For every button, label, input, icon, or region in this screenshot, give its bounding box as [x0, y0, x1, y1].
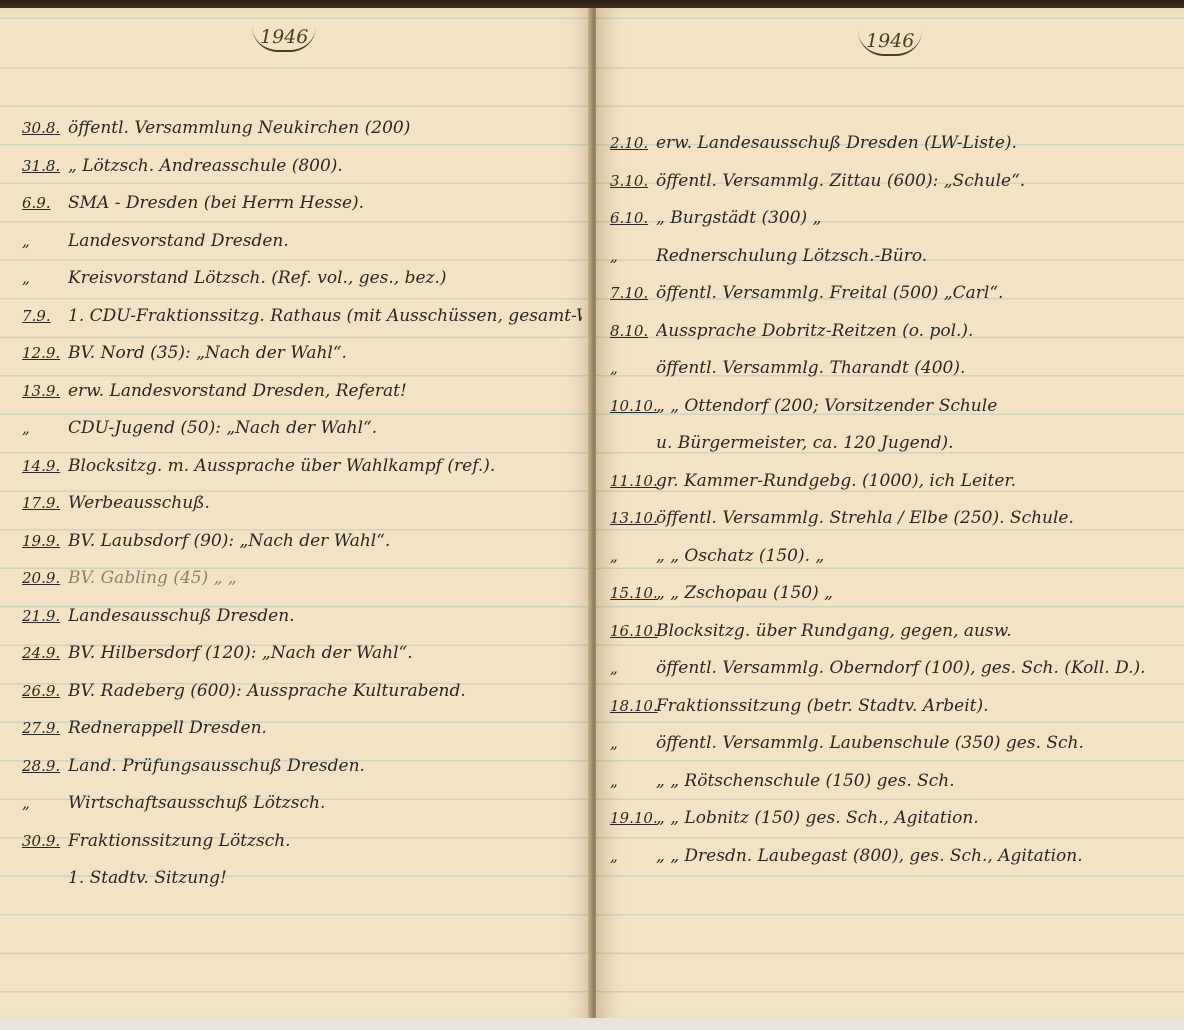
- entry-text: „ „ Dresdn. Laubegast (800), ges. Sch., …: [656, 846, 1083, 866]
- entry-date: 20.9.: [22, 569, 68, 587]
- entry-text: öffentl. Versammlg. Strehla / Elbe (250)…: [656, 508, 1074, 528]
- diary-entry: 27.9.Rednerappell Dresden.: [22, 718, 582, 756]
- entry-text: BV. Gabling (45) „ „: [68, 568, 237, 588]
- diary-entry: 7.9.1. CDU-Fraktionssitzg. Rathaus (mit …: [22, 306, 582, 344]
- entry-text: BV. Radeberg (600): Aussprache Kulturabe…: [68, 681, 466, 701]
- entry-date: „: [610, 734, 656, 752]
- diary-entry: 12.9.BV. Nord (35): „Nach der Wahl“.: [22, 343, 582, 381]
- diary-entry: 14.9.Blocksitzg. m. Aussprache über Wahl…: [22, 456, 582, 494]
- diary-entry: 24.9.BV. Hilbersdorf (120): „Nach der Wa…: [22, 643, 582, 681]
- entry-date: „: [610, 247, 656, 265]
- entry-date: „: [22, 794, 68, 812]
- entry-text: „ „ Ottendorf (200; Vorsitzender Schule: [656, 396, 997, 416]
- diary-entry: „Kreisvorstand Lötzsch. (Ref. vol., ges.…: [22, 268, 582, 306]
- diary-entry: „„ „ Oschatz (150). „: [610, 546, 1175, 584]
- entry-text: Blocksitzg. m. Aussprache über Wahlkampf…: [68, 456, 495, 476]
- entry-date: „: [610, 359, 656, 377]
- diary-entry: 10.10.„ „ Ottendorf (200; Vorsitzender S…: [610, 396, 1175, 434]
- diary-entry: „Wirtschaftsausschuß Lötzsch.: [22, 793, 582, 831]
- entry-date: 2.10.: [610, 134, 656, 152]
- diary-entry: 1. Stadtv. Sitzung!: [22, 868, 582, 906]
- diary-entry: „CDU-Jugend (50): „Nach der Wahl“.: [22, 418, 582, 456]
- diary-entry: „Rednerschulung Lötzsch.-Büro.: [610, 246, 1175, 284]
- diary-entry: 28.9.Land. Prüfungsausschuß Dresden.: [22, 756, 582, 794]
- diary-entry: 20.9.BV. Gabling (45) „ „: [22, 568, 582, 606]
- entry-date: 7.10.: [610, 284, 656, 302]
- diary-entry: „öffentl. Versammlg. Tharandt (400).: [610, 358, 1175, 396]
- diary-entry: 26.9.BV. Radeberg (600): Aussprache Kult…: [22, 681, 582, 719]
- diary-entry: 2.10.erw. Landesausschuß Dresden (LW-Lis…: [610, 133, 1175, 171]
- diary-entry: 3.10.öffentl. Versammlg. Zittau (600): „…: [610, 171, 1175, 209]
- diary-entry: 13.9.erw. Landesvorstand Dresden, Refera…: [22, 381, 582, 419]
- diary-entry: u. Bürgermeister, ca. 120 Jugend).: [610, 433, 1175, 471]
- diary-entry: 16.10.Blocksitzg. über Rundgang, gegen, …: [610, 621, 1175, 659]
- entry-text: BV. Laubsdorf (90): „Nach der Wahl“.: [68, 531, 390, 551]
- entry-text: „ Lötzsch. Andreasschule (800).: [68, 156, 343, 176]
- diary-entry: 6.9.SMA - Dresden (bei Herrn Hesse).: [22, 193, 582, 231]
- diary-entry: 8.10.Aussprache Dobritz-Reitzen (o. pol.…: [610, 321, 1175, 359]
- entry-text: Werbeausschuß.: [68, 493, 210, 513]
- entry-date: 10.10.: [610, 397, 656, 415]
- entry-date: 31.8.: [22, 157, 68, 175]
- entry-date: 6.10.: [610, 209, 656, 227]
- diary-entry: 30.9.Fraktionssitzung Lötzsch.: [22, 831, 582, 869]
- entry-date: 21.9.: [22, 607, 68, 625]
- entry-text: BV. Hilbersdorf (120): „Nach der Wahl“.: [68, 643, 413, 663]
- entry-text: Fraktionssitzung (betr. Stadtv. Arbeit).: [656, 696, 989, 716]
- entry-text: öffentl. Versammlung Neukirchen (200): [68, 118, 410, 138]
- diary-entry: 19.9.BV. Laubsdorf (90): „Nach der Wahl“…: [22, 531, 582, 569]
- entry-date: „: [610, 847, 656, 865]
- entry-date: 17.9.: [22, 494, 68, 512]
- entry-text: „ „ Zschopau (150) „: [656, 583, 833, 603]
- entry-text: CDU-Jugend (50): „Nach der Wahl“.: [68, 418, 377, 438]
- right-page: 1946 2.10.erw. Landesausschuß Dresden (L…: [596, 8, 1184, 1020]
- entry-text: Fraktionssitzung Lötzsch.: [68, 831, 291, 851]
- diary-entry: 6.10.„ Burgstädt (300) „: [610, 208, 1175, 246]
- entry-text: „ „ Lobnitz (150) ges. Sch., Agitation.: [656, 808, 979, 828]
- entry-text: öffentl. Versammlg. Freital (500) „Carl“…: [656, 283, 1003, 303]
- entry-date: 6.9.: [22, 194, 68, 212]
- entry-text: SMA - Dresden (bei Herrn Hesse).: [68, 193, 364, 213]
- diary-entry: 19.10.„ „ Lobnitz (150) ges. Sch., Agita…: [610, 808, 1175, 846]
- entry-date: 15.10.: [610, 584, 656, 602]
- notebook-bottom-edge: [0, 1018, 1184, 1030]
- entry-text: Wirtschaftsausschuß Lötzsch.: [68, 793, 325, 813]
- entry-text: BV. Nord (35): „Nach der Wahl“.: [68, 343, 347, 363]
- entry-text: öffentl. Versammlg. Laubenschule (350) g…: [656, 733, 1084, 753]
- entry-text: erw. Landesvorstand Dresden, Referat!: [68, 381, 407, 401]
- entry-text: Aussprache Dobritz-Reitzen (o. pol.).: [656, 321, 973, 341]
- entry-text: gr. Kammer-Rundgebg. (1000), ich Leiter.: [656, 471, 1016, 491]
- entry-date: 7.9.: [22, 307, 68, 325]
- entry-date: „: [610, 659, 656, 677]
- diary-entry: 17.9.Werbeausschuß.: [22, 493, 582, 531]
- entry-text: Rednerschulung Lötzsch.-Büro.: [656, 246, 927, 266]
- entry-text: Land. Prüfungsausschuß Dresden.: [68, 756, 365, 776]
- entry-date: 18.10.: [610, 697, 656, 715]
- entry-text: Blocksitzg. über Rundgang, gegen, ausw.: [656, 621, 1012, 641]
- entry-text: 1. CDU-Fraktionssitzg. Rathaus (mit Auss…: [68, 306, 582, 326]
- entry-text: erw. Landesausschuß Dresden (LW-Liste).: [656, 133, 1017, 153]
- entry-date: 8.10.: [610, 322, 656, 340]
- entry-date: 3.10.: [610, 172, 656, 190]
- diary-entry: 11.10.gr. Kammer-Rundgebg. (1000), ich L…: [610, 471, 1175, 509]
- entry-date: „: [610, 547, 656, 565]
- diary-entry: 7.10.öffentl. Versammlg. Freital (500) „…: [610, 283, 1175, 321]
- entry-date: 14.9.: [22, 457, 68, 475]
- entry-date: 13.9.: [22, 382, 68, 400]
- entry-date: „: [22, 419, 68, 437]
- entry-date: 28.9.: [22, 757, 68, 775]
- entry-text: „ „ Rötschenschule (150) ges. Sch.: [656, 771, 955, 791]
- entry-list: 2.10.erw. Landesausschuß Dresden (LW-Lis…: [610, 133, 1175, 883]
- diary-entry: „„ „ Rötschenschule (150) ges. Sch.: [610, 771, 1175, 809]
- diary-entry: 30.8.öffentl. Versammlung Neukirchen (20…: [22, 118, 582, 156]
- entry-date: 13.10.: [610, 509, 656, 527]
- entry-date: 19.9.: [22, 532, 68, 550]
- entry-text: u. Bürgermeister, ca. 120 Jugend).: [656, 433, 954, 453]
- entry-date: „: [22, 269, 68, 287]
- entry-date: „: [22, 232, 68, 250]
- diary-entry: 15.10.„ „ Zschopau (150) „: [610, 583, 1175, 621]
- entry-text: 1. Stadtv. Sitzung!: [68, 868, 227, 888]
- diary-entry: 31.8.„ Lötzsch. Andreasschule (800).: [22, 156, 582, 194]
- entry-text: öffentl. Versammlg. Oberndorf (100), ges…: [656, 658, 1146, 678]
- entry-date: 26.9.: [22, 682, 68, 700]
- entry-date: 12.9.: [22, 344, 68, 362]
- entry-date: 24.9.: [22, 644, 68, 662]
- entry-text: „ Burgstädt (300) „: [656, 208, 821, 228]
- left-page: 1946 30.8.öffentl. Versammlung Neukirche…: [0, 8, 594, 1020]
- entry-text: „ „ Oschatz (150). „: [656, 546, 824, 566]
- entry-text: Landesausschuß Dresden.: [68, 606, 295, 626]
- entry-date: 16.10.: [610, 622, 656, 640]
- entry-text: öffentl. Versammlg. Zittau (600): „Schul…: [656, 171, 1025, 191]
- entry-text: Kreisvorstand Lötzsch. (Ref. vol., ges.,…: [68, 268, 447, 288]
- year-heading: 1946: [858, 30, 922, 56]
- entry-date: 19.10.: [610, 809, 656, 827]
- entry-list: 30.8.öffentl. Versammlung Neukirchen (20…: [22, 118, 582, 906]
- entry-date: 30.8.: [22, 119, 68, 137]
- diary-entry: 21.9.Landesausschuß Dresden.: [22, 606, 582, 644]
- diary-entry: „„ „ Dresdn. Laubegast (800), ges. Sch.,…: [610, 846, 1175, 884]
- diary-entry: 18.10.Fraktionssitzung (betr. Stadtv. Ar…: [610, 696, 1175, 734]
- entry-text: öffentl. Versammlg. Tharandt (400).: [656, 358, 965, 378]
- entry-date: 30.9.: [22, 832, 68, 850]
- diary-entry: 13.10.öffentl. Versammlg. Strehla / Elbe…: [610, 508, 1175, 546]
- diary-entry: „öffentl. Versammlg. Laubenschule (350) …: [610, 733, 1175, 771]
- entry-date: „: [610, 772, 656, 790]
- entry-date: 27.9.: [22, 719, 68, 737]
- entry-date: 11.10.: [610, 472, 656, 490]
- entry-text: Landesvorstand Dresden.: [68, 231, 289, 251]
- year-heading: 1946: [252, 26, 316, 52]
- diary-entry: „öffentl. Versammlg. Oberndorf (100), ge…: [610, 658, 1175, 696]
- entry-text: Rednerappell Dresden.: [68, 718, 267, 738]
- diary-entry: „Landesvorstand Dresden.: [22, 231, 582, 269]
